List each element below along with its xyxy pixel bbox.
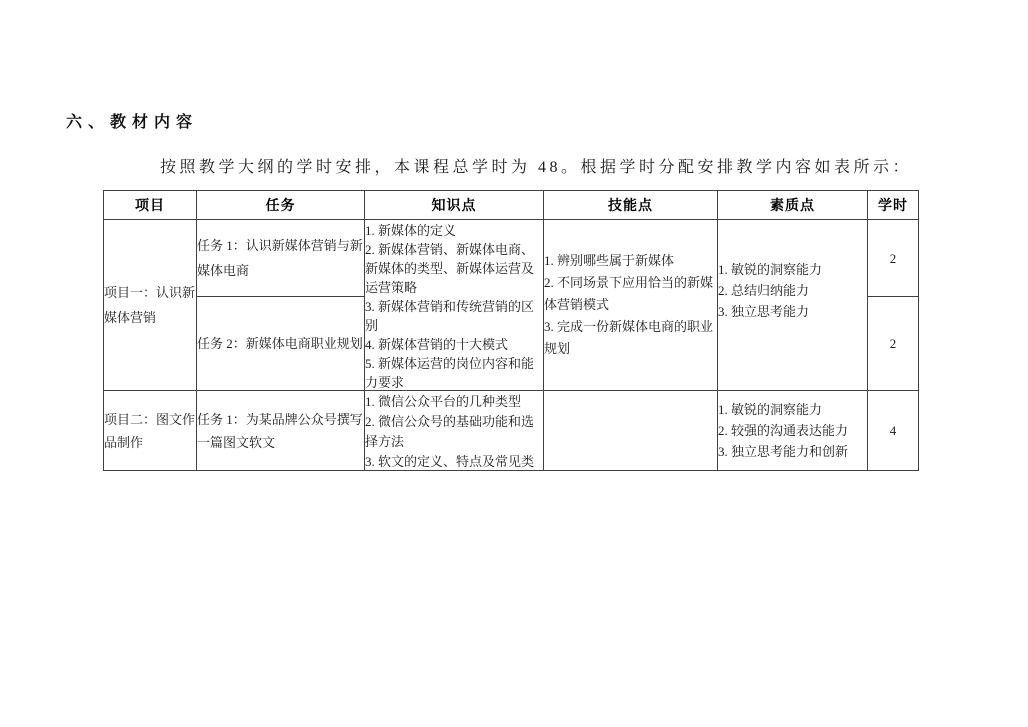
project1-qualities-cell: 1. 敏锐的洞察能力 2. 总结归纳能力 3. 独立思考能力 bbox=[718, 220, 868, 391]
project1-task2-hours-cell: 2 bbox=[868, 297, 919, 391]
knowledge-item: 2. 微信公众号的基础功能和选择方法 bbox=[365, 412, 543, 452]
project2-skills-cell bbox=[544, 391, 718, 471]
knowledge-item: 3. 新媒体营销和传统营销的区别 bbox=[365, 297, 543, 335]
skill-item: 1. 辨别哪些属于新媒体 bbox=[544, 250, 717, 272]
project2-qualities-cell: 1. 敏锐的洞察能力 2. 较强的沟通表达能力 3. 独立思考能力和创新 bbox=[718, 391, 868, 471]
knowledge-item: 1. 微信公众平台的几种类型 bbox=[365, 392, 543, 412]
course-content-table: 项目 任务 知识点 技能点 素质点 学时 项目一：认识新媒体营销 任务 1：认识… bbox=[103, 190, 919, 471]
knowledge-item: 3. 软文的定义、特点及常见类 bbox=[365, 452, 543, 470]
quality-item: 3. 独立思考能力和创新 bbox=[718, 441, 867, 462]
intro-paragraph: 按照教学大纲的学时安排，本课程总学时为 48。根据学时分配安排教学内容如表所示： bbox=[128, 154, 968, 177]
quality-item: 2. 较强的沟通表达能力 bbox=[718, 420, 867, 441]
header-skill: 技能点 bbox=[544, 191, 718, 220]
project1-task1-hours-cell: 2 bbox=[868, 220, 919, 297]
project2-knowledge-cell: 1. 微信公众平台的几种类型 2. 微信公众号的基础功能和选择方法 3. 软文的… bbox=[365, 391, 544, 471]
document-page: 六、教材内容 按照教学大纲的学时安排，本课程总学时为 48。根据学时分配安排教学… bbox=[0, 0, 1028, 727]
quality-item: 3. 独立思考能力 bbox=[718, 301, 867, 322]
header-quality: 素质点 bbox=[718, 191, 868, 220]
project2-name-cell: 项目二：图文作品制作 bbox=[104, 391, 197, 471]
quality-item: 2. 总结归纳能力 bbox=[718, 280, 867, 301]
header-hours: 学时 bbox=[868, 191, 919, 220]
knowledge-item: 5. 新媒体运营的岗位内容和能力要求 bbox=[365, 354, 543, 390]
header-knowledge: 知识点 bbox=[365, 191, 544, 220]
project1-name-cell: 项目一：认识新媒体营销 bbox=[104, 220, 197, 391]
header-task: 任务 bbox=[197, 191, 365, 220]
header-project: 项目 bbox=[104, 191, 197, 220]
knowledge-item: 2. 新媒体营销、新媒体电商、新媒体的类型、新媒体运营及运营策略 bbox=[365, 240, 543, 297]
section-heading: 六、教材内容 bbox=[66, 109, 198, 132]
table-row: 项目一：认识新媒体营销 任务 1：认识新媒体营销与新媒体电商 1. 新媒体的定义… bbox=[104, 220, 919, 297]
project1-skills-cell: 1. 辨别哪些属于新媒体 2. 不同场景下应用恰当的新媒体营销模式 3. 完成一… bbox=[544, 220, 718, 391]
project1-task1-cell: 任务 1：认识新媒体营销与新媒体电商 bbox=[197, 220, 365, 297]
skill-item: 3. 完成一份新媒体电商的职业规划 bbox=[544, 316, 717, 360]
knowledge-item: 4. 新媒体营销的十大模式 bbox=[365, 335, 543, 354]
quality-item: 1. 敏锐的洞察能力 bbox=[718, 259, 867, 280]
project2-task1-cell: 任务 1：为某品牌公众号撰写一篇图文软文 bbox=[197, 391, 365, 471]
table-row: 项目二：图文作品制作 任务 1：为某品牌公众号撰写一篇图文软文 1. 微信公众平… bbox=[104, 391, 919, 471]
project1-task2-cell: 任务 2：新媒体电商职业规划 bbox=[197, 297, 365, 391]
skill-item: 2. 不同场景下应用恰当的新媒体营销模式 bbox=[544, 272, 717, 316]
project2-task1-hours-cell: 4 bbox=[868, 391, 919, 471]
quality-item: 1. 敏锐的洞察能力 bbox=[718, 399, 867, 420]
project1-knowledge-cell: 1. 新媒体的定义 2. 新媒体营销、新媒体电商、新媒体的类型、新媒体运营及运营… bbox=[365, 220, 544, 391]
table-header-row: 项目 任务 知识点 技能点 素质点 学时 bbox=[104, 191, 919, 220]
knowledge-item: 1. 新媒体的定义 bbox=[365, 221, 543, 240]
